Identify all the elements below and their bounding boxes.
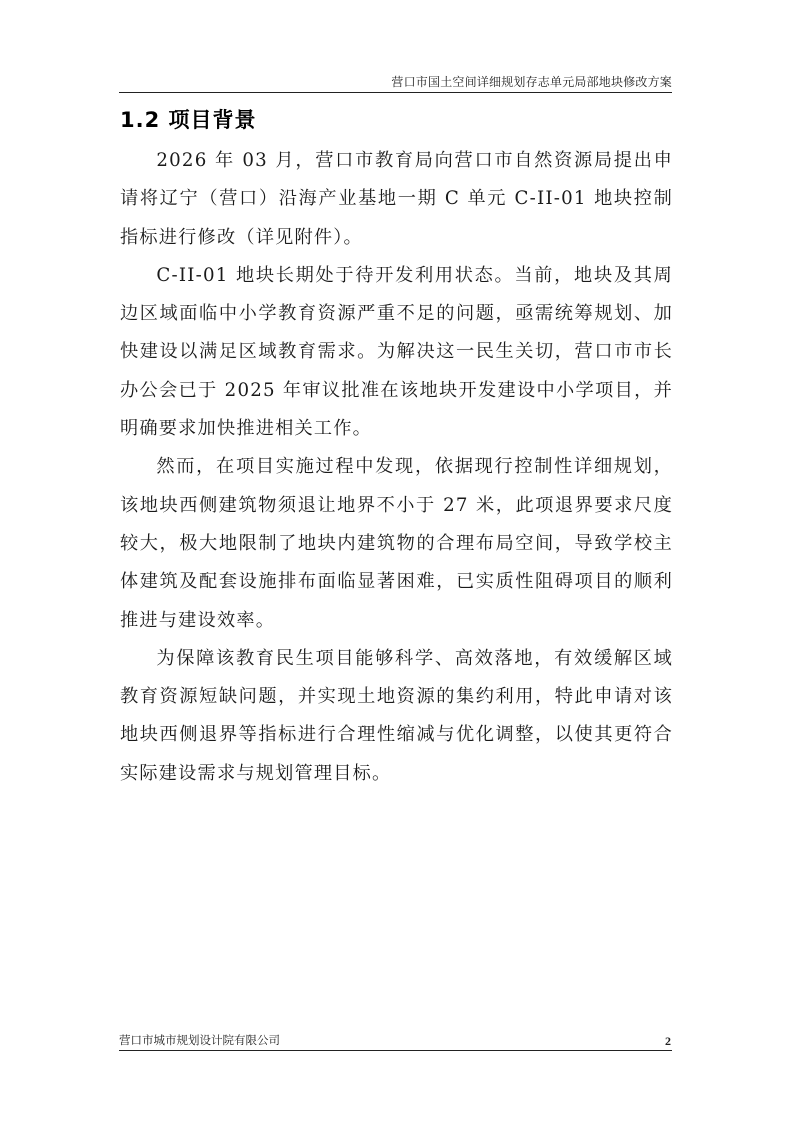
page-footer: 营口市城市规划设计院有限公司 2 — [119, 1032, 672, 1051]
header-title: 营口市国土空间详细规划存志单元局部地块修改方案 — [391, 73, 672, 90]
paragraph: 2026 年 03 月，营口市教育局向营口市自然资源局提出申请将辽宁（营口）沿海… — [120, 142, 673, 257]
page-number: 2 — [665, 1034, 671, 1049]
paragraph: 为保障该教育民生项目能够科学、高效落地，有效缓解区域教育资源短缺问题，并实现土地… — [120, 640, 673, 793]
section-heading: 1.2 项目背景 — [120, 104, 257, 134]
footer-company: 营口市城市规划设计院有限公司 — [119, 1032, 280, 1048]
paragraph: 然而，在项目实施过程中发现，依据现行控制性详细规划，该地块西侧建筑物须退让地界不… — [120, 448, 673, 639]
section-body: 2026 年 03 月，营口市教育局向营口市自然资源局提出申请将辽宁（营口）沿海… — [120, 142, 673, 793]
paragraph: C-II-01 地块长期处于待开发利用状态。当前，地块及其周边区域面临中小学教育… — [120, 257, 673, 448]
page-header: 营口市国土空间详细规划存志单元局部地块修改方案 — [119, 74, 672, 93]
